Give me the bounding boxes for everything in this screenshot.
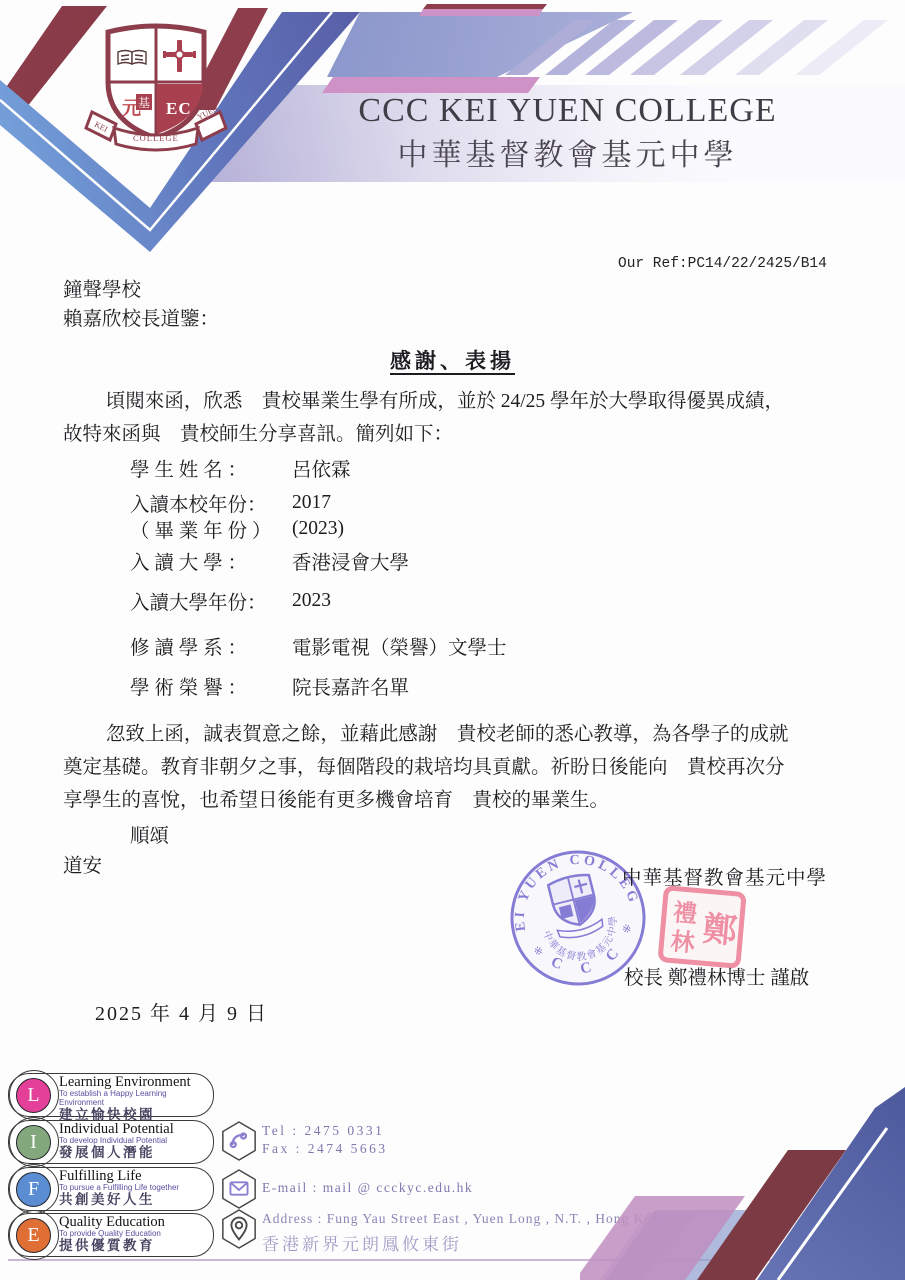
fax-line: Fax : 2474 5663: [262, 1140, 388, 1158]
badge-subtitle: To develop Individual Potential: [59, 1136, 211, 1145]
field-row: 入 讀 大 學 ： 香港浸會大學: [130, 548, 730, 574]
badge-subtitle: To establish a Happy Learning Environmen…: [59, 1089, 211, 1107]
seal-char-top-left: 禮: [672, 898, 698, 928]
field-row: 入讀本校年份： 2017: [130, 490, 730, 516]
field-row: 學 生 姓 名 ： 呂依霖: [130, 455, 730, 481]
field-row: 修 讀 學 系 ： 電影電視（榮譽）文學士: [130, 633, 730, 659]
badge-chinese: 共創美好人生: [59, 1192, 211, 1207]
tel-fax-block: Tel : 2475 0331 Fax : 2474 5663: [262, 1122, 388, 1158]
subject-wrap: 感謝、表揚: [0, 345, 905, 375]
badge-letter-i: I: [16, 1125, 51, 1160]
email-line: E-mail : mail @ ccckyc.edu.hk: [262, 1180, 473, 1196]
badge-letter-e: E: [16, 1218, 51, 1253]
student-fields: 學 生 姓 名 ： 呂依霖 入讀本校年份： 2017 （ 畢 業 年 份 ） (…: [130, 455, 730, 699]
para2-line1: 忽致上函，誠表賀意之餘，並藉此感謝 貴校老師的悉心教導，為各學子的成就: [63, 718, 857, 751]
badge-subtitle: To pursue a Fulfilling Life together: [59, 1183, 211, 1192]
badge-chinese: 發展個人潛能: [59, 1145, 211, 1160]
para1-line2: 故特來函與 貴校師生分享喜訊。簡列如下：: [63, 418, 857, 451]
maroon-sliver: [423, 4, 547, 9]
badge-learning-environment: L Learning Environment To establish a Ha…: [8, 1073, 214, 1117]
badge-fulfilling-life: F Fulfilling Life To pursue a Fulfilling…: [8, 1167, 214, 1211]
paragraph-1: 頃閱來函，欣悉 貴校畢業生學有所成，並於 24/25 學年於大學取得優異成績， …: [63, 385, 857, 451]
para2-line3: 享學生的喜悅，也希望日後能有更多機會培育 貴校的畢業生。: [63, 784, 857, 817]
para1-line1: 頃閱來函，欣悉 貴校畢業生學有所成，並於 24/25 學年於大學取得優異成績，: [63, 385, 857, 418]
svg-text:COLLEGE: COLLEGE: [133, 133, 179, 143]
tel-line: Tel : 2475 0331: [262, 1122, 388, 1140]
email-icon: [220, 1168, 258, 1210]
pink-sliver: [419, 9, 543, 16]
field-row: 學 術 榮 譽 ： 院長嘉許名單: [130, 673, 730, 699]
badge-subtitle: To provide Quality Education: [59, 1229, 211, 1238]
seal-char-bottom-left: 林: [669, 928, 696, 957]
badge-title: Fulfilling Life: [59, 1169, 211, 1183]
recipient-block: 鐘聲學校 賴嘉欣校長道鑒：: [63, 276, 219, 334]
crest-book-icon: [118, 51, 146, 65]
badge-chinese: 提供優質教育: [59, 1238, 211, 1253]
signature-org: 中華基督教會基元中學: [622, 862, 827, 890]
school-crest: 元 基 EC KEI COLLEGE YUEN: [86, 26, 226, 150]
badge-title: Individual Potential: [59, 1122, 211, 1136]
recipient-salutation: 賴嘉欣校長道鑒：: [63, 305, 219, 334]
school-name-zh: 中華基督教會基元中學: [230, 130, 905, 174]
our-ref: Our Ref:PC14/22/2425/B14: [618, 256, 827, 272]
field-row: （ 畢 業 年 份 ） (2023): [130, 516, 730, 542]
location-icon: [220, 1208, 258, 1250]
badge-title: Quality Education: [59, 1215, 211, 1229]
pink-stripe: [322, 77, 540, 93]
seal-char-right: 鄭: [701, 910, 738, 951]
footer-decoration: [580, 1070, 905, 1280]
paragraph-2: 忽致上函，誠表賀意之餘，並藉此感謝 貴校老師的悉心教導，為各學子的成就 奠定基礎…: [63, 718, 857, 817]
badge-title: Learning Environment: [59, 1075, 211, 1089]
para2-line2: 奠定基礎。教育非朝夕之事，每個階段的栽培均具貢獻。祈盼日後能向 貴校再次分: [63, 751, 857, 784]
recipient-school: 鐘聲學校: [63, 276, 219, 305]
field-row: 入讀大學年份： 2023: [130, 588, 730, 614]
crest-char-white: 基: [138, 96, 150, 110]
badge-individual-potential: I Individual Potential To develop Indivi…: [8, 1120, 214, 1164]
badge-letter-f: F: [16, 1172, 51, 1207]
school-name-en: CCC KEI YUEN COLLEGE: [230, 92, 905, 130]
principal-name-seal: 鄭 禮 林: [655, 882, 750, 973]
closing-daoan: 道安: [63, 850, 102, 878]
badge-quality-education: E Quality Education To provide Quality E…: [8, 1213, 214, 1257]
badge-letter-l: L: [16, 1078, 51, 1113]
signature-principal: 校長 鄭禮林博士 謹啟: [624, 962, 809, 990]
letter-page: 元 基 EC KEI COLLEGE YUEN CCC KEI YUEN COL…: [0, 0, 905, 1280]
letter-date: 2025 年 4 月 9 日: [95, 997, 268, 1026]
crest-monogram: EC: [166, 99, 192, 118]
closing-shunsong: 順頌: [130, 820, 169, 848]
phone-icon: [220, 1120, 258, 1162]
letter-subject: 感謝、表揚: [390, 345, 515, 375]
